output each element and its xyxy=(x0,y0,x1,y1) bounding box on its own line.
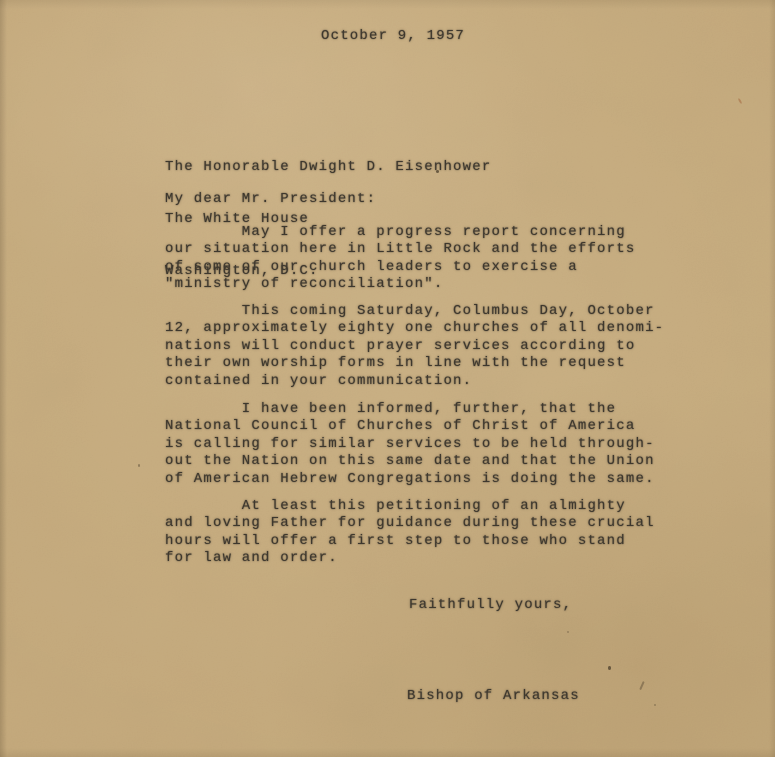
paper-speck xyxy=(639,681,644,690)
paragraph-law-and-order: At least this petitioning of an almighty… xyxy=(165,498,655,568)
letter-page: October 9, 1957 The Honorable Dwight D. … xyxy=(0,0,775,757)
paper-speck xyxy=(608,666,611,670)
paper-speck xyxy=(567,631,569,633)
letter-date: October 9, 1957 xyxy=(321,28,465,45)
signature-title: Bishop of Arkansas xyxy=(407,688,580,705)
paper-speck xyxy=(654,704,656,706)
salutation: My dear Mr. President: xyxy=(165,191,376,208)
closing-valediction: Faithfully yours, xyxy=(409,597,572,614)
paragraph-columbus-day: This coming Saturday, Columbus Day, Octo… xyxy=(165,303,664,390)
recipient-name: The Honorable Dwight D. Eisenhower xyxy=(165,159,491,176)
paragraph-national-council: I have been informed, further, that the … xyxy=(165,401,655,488)
paper-speck xyxy=(138,464,140,467)
paper-fiber xyxy=(738,98,743,104)
paragraph-progress-report: May I offer a progress report concerning… xyxy=(165,224,635,294)
